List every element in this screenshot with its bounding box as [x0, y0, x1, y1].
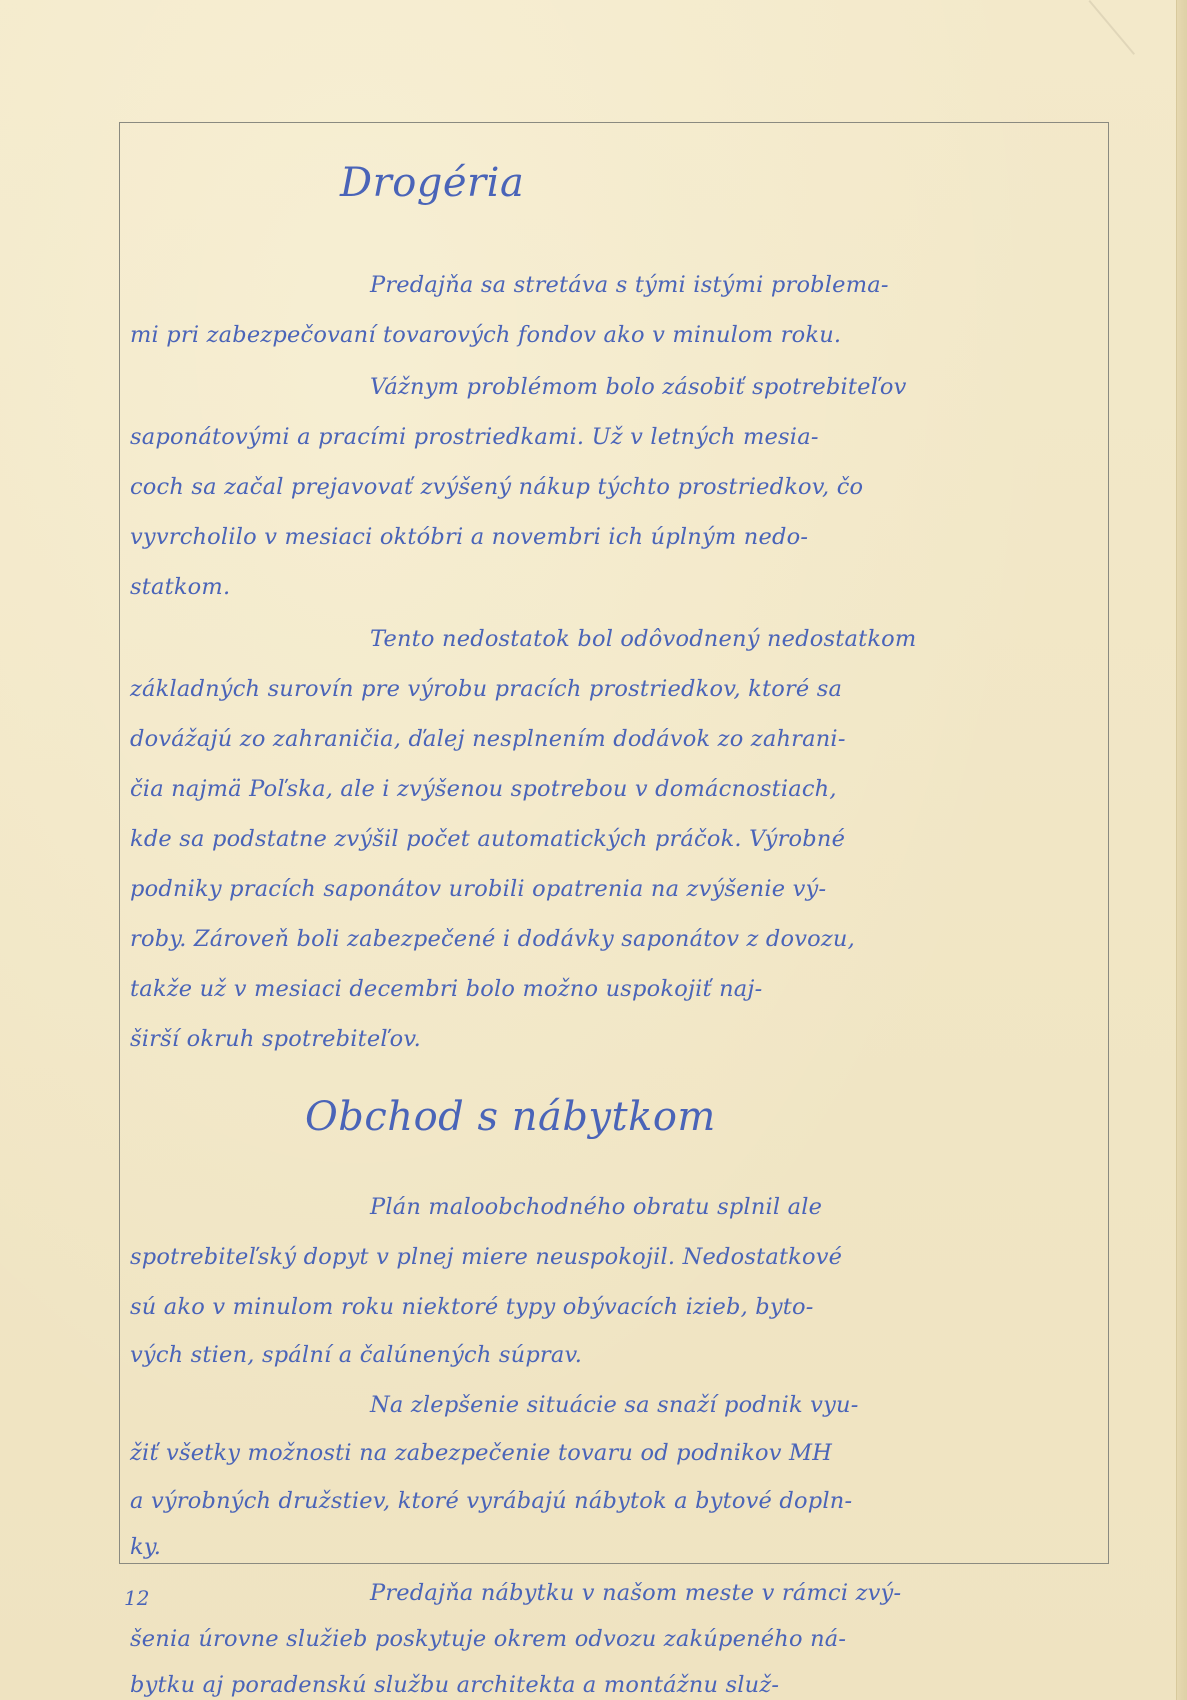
text-line: podniky pracích saponátov urobili opatre… — [130, 876, 1090, 902]
text-line: ky. — [130, 1534, 1090, 1560]
page-number: 12 — [124, 1586, 149, 1610]
text-line: roby. Zároveň boli zabezpečené i dodávky… — [130, 926, 1090, 952]
section-heading-drogeria: Drogéria — [340, 160, 524, 206]
text-line: Plán maloobchodného obratu splnil ale — [370, 1194, 1090, 1220]
text-line: kde sa podstatne zvýšil počet automatick… — [130, 826, 1090, 852]
text-line: čia najmä Poľska, ale i zvýšenou spotreb… — [130, 776, 1090, 802]
text-line: takže už v mesiaci decembri bolo možno u… — [130, 976, 1090, 1002]
text-line: šenia úrovne služieb poskytuje okrem odv… — [130, 1626, 1090, 1652]
text-line: mi pri zabezpečovaní tovarových fondov a… — [130, 322, 1090, 348]
text-line: Na zlepšenie situácie sa snaží podnik vy… — [370, 1392, 1090, 1418]
text-line: a výrobných družstiev, ktoré vyrábajú ná… — [130, 1488, 1090, 1514]
text-line: žiť všetky možnosti na zabezpečenie tova… — [130, 1440, 1090, 1466]
section-heading-obchod-s-nabytkom: Obchod s nábytkom — [305, 1094, 716, 1140]
text-line: spotrebiteľský dopyt v plnej miere neusp… — [130, 1244, 1090, 1270]
text-line: statkom. — [130, 574, 1090, 600]
text-line: Predajňa nábytku v našom meste v rámci z… — [370, 1580, 1090, 1606]
text-line: základných surovín pre výrobu pracích pr… — [130, 676, 1090, 702]
text-line: saponátovými a pracími prostriedkami. Už… — [130, 424, 1090, 450]
text-line: Tento nedostatok bol odôvodnený nedostat… — [370, 626, 1090, 652]
page-edge — [1176, 0, 1187, 1700]
text-line: dovážajú zo zahraničia, ďalej nesplnením… — [130, 726, 1090, 752]
text-line: vyvrcholilo v mesiaci októbri a novembri… — [130, 524, 1090, 550]
text-line: Vážnym problémom bolo zásobiť spotrebite… — [370, 374, 1090, 400]
text-line: Predajňa sa stretáva s tými istými probl… — [370, 272, 1090, 298]
text-line: bytku aj poradenskú službu architekta a … — [130, 1672, 1090, 1698]
text-line: vých stien, spální a čalúnených súprav. — [130, 1342, 1090, 1368]
text-line: sú ako v minulom roku niektoré typy obýv… — [130, 1294, 1090, 1320]
text-line: širší okruh spotrebiteľov. — [130, 1026, 1090, 1052]
text-line: coch sa začal prejavovať zvýšený nákup t… — [130, 474, 1090, 500]
